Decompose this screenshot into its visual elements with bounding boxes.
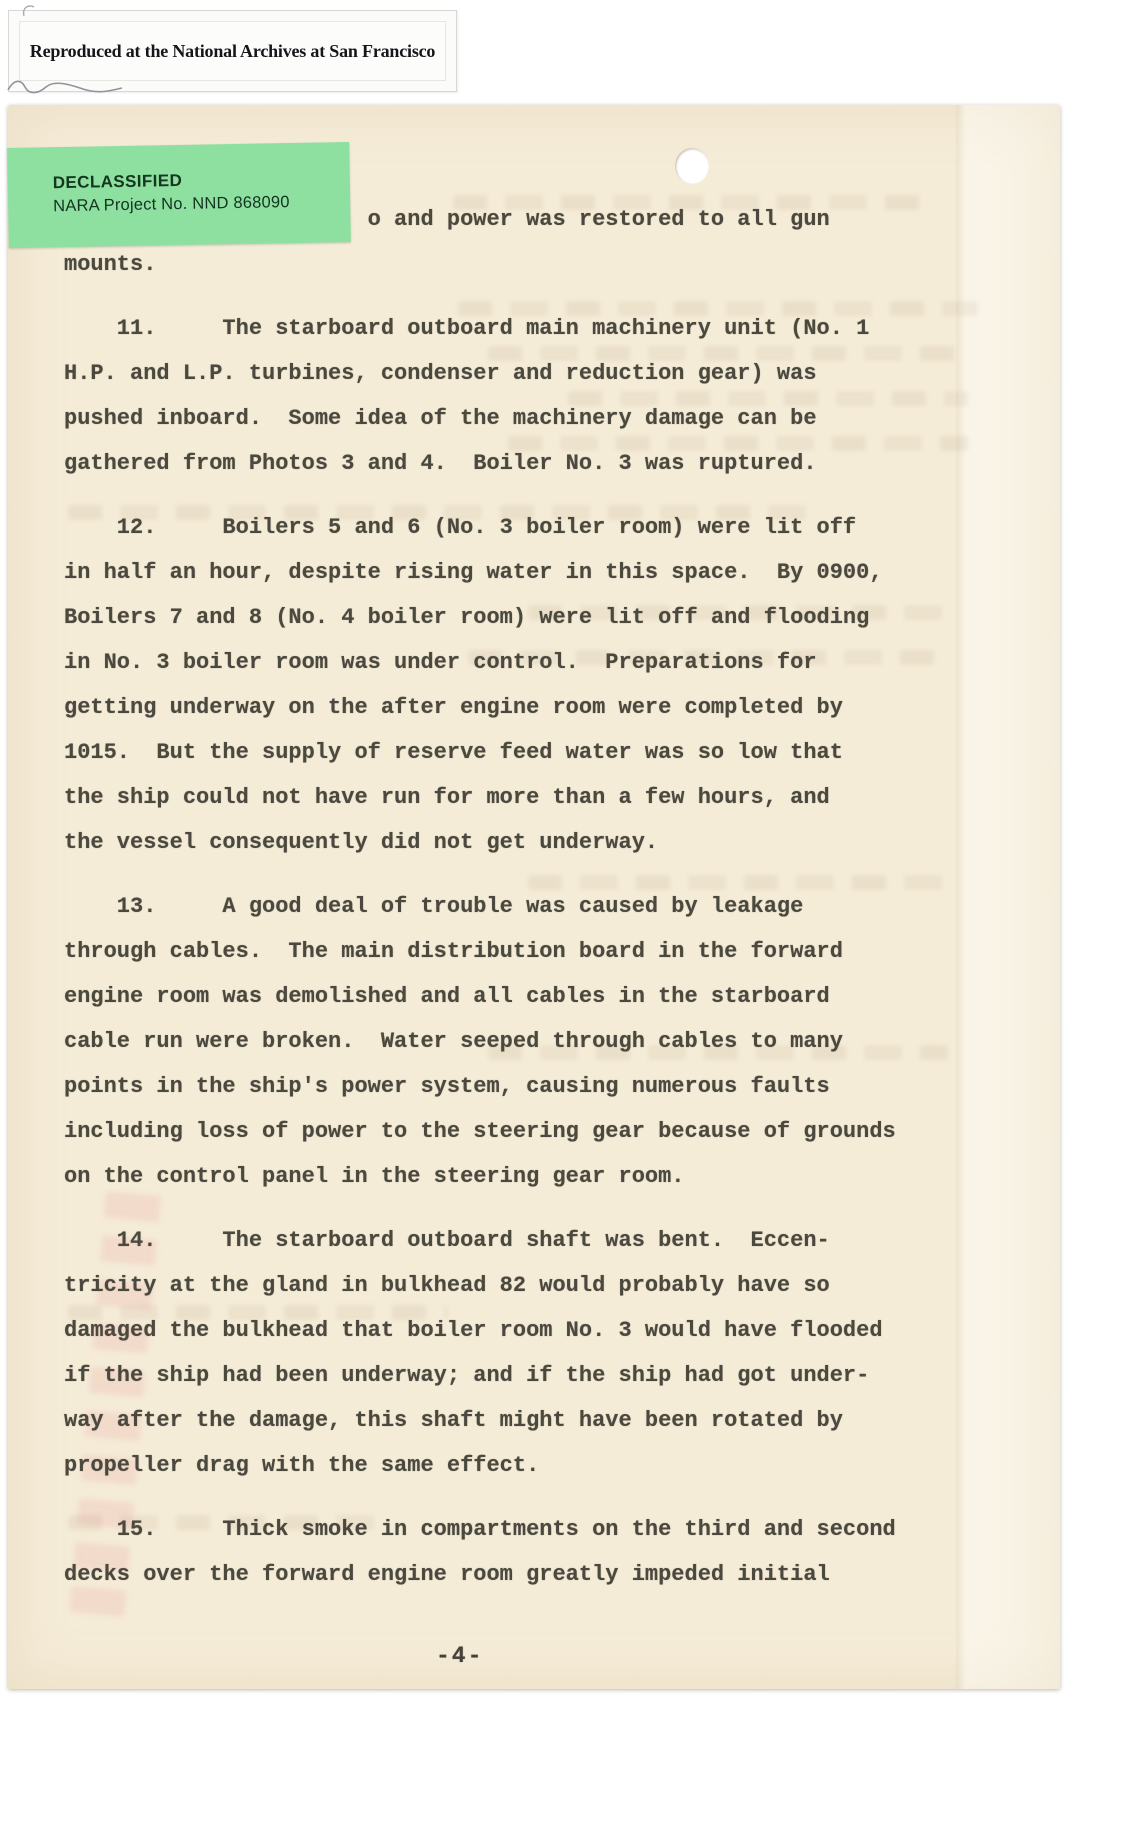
typed-line: 14. The starboard outboard shaft was ben…: [64, 1227, 830, 1255]
typed-line: way after the damage, this shaft might h…: [64, 1407, 843, 1435]
bleed-through-smudge: [528, 875, 948, 890]
bleed-through-smudge: [488, 346, 958, 361]
bleed-through-smudge: [458, 301, 978, 316]
scan-artifact-squiggle: [6, 76, 126, 98]
typed-line: 11. The starboard outboard main machiner…: [64, 315, 869, 343]
typed-line: 13. A good deal of trouble was caused by…: [64, 893, 803, 921]
typed-line: engine room was demolished and all cable…: [64, 983, 830, 1011]
typed-line: cable run were broken. Water seeped thro…: [64, 1028, 843, 1056]
typed-line: mounts.: [64, 251, 156, 279]
typed-line: 1015. But the supply of reserve feed wat…: [64, 739, 843, 767]
typed-line: on the control panel in the steering gea…: [64, 1163, 685, 1191]
bleed-through-smudge: [568, 391, 968, 406]
typed-line: in half an hour, despite rising water in…: [64, 559, 883, 587]
typed-line: damaged the bulkhead that boiler room No…: [64, 1317, 883, 1345]
typed-line: H.P. and L.P. turbines, condenser and re…: [64, 360, 817, 388]
typed-line: pushed inboard. Some idea of the machine…: [64, 405, 817, 433]
typed-line: 12. Boilers 5 and 6 (No. 3 boiler room) …: [64, 514, 856, 542]
typed-line: o and power was restored to all gun: [64, 206, 830, 234]
typed-line: through cables. The main distribution bo…: [64, 938, 843, 966]
typed-line: Boilers 7 and 8 (No. 4 boiler room) were…: [64, 604, 869, 632]
document-page: DECLASSIFIED NARA Project No. NND 868090…: [8, 105, 1060, 1689]
scan-artifact-curl: [20, 2, 46, 20]
typed-line: gathered from Photos 3 and 4. Boiler No.…: [64, 450, 817, 478]
bleed-through-smudge: [508, 436, 968, 451]
typed-line: in No. 3 boiler room was under control. …: [64, 649, 817, 677]
archives-reproduction-stamp-text: Reproduced at the National Archives at S…: [30, 41, 435, 62]
typed-line: decks over the forward engine room great…: [64, 1561, 830, 1589]
typed-line: including loss of power to the steering …: [64, 1118, 896, 1146]
typed-line: the vessel consequently did not get unde…: [64, 829, 658, 857]
paper-fold-band: [956, 105, 1060, 1689]
typed-line: the ship could not have run for more tha…: [64, 784, 830, 812]
typed-line: points in the ship's power system, causi…: [64, 1073, 830, 1101]
page-number: -4-: [436, 1643, 483, 1669]
typed-line: if the ship had been underway; and if th…: [64, 1362, 869, 1390]
punch-hole: [675, 148, 709, 184]
typed-line: 15. Thick smoke in compartments on the t…: [64, 1516, 896, 1544]
declassified-sticker-title: DECLASSIFIED: [53, 171, 183, 193]
typed-line: getting underway on the after engine roo…: [64, 694, 843, 722]
typed-line: propeller drag with the same effect.: [64, 1452, 539, 1480]
typed-line: tricity at the gland in bulkhead 82 woul…: [64, 1272, 830, 1300]
